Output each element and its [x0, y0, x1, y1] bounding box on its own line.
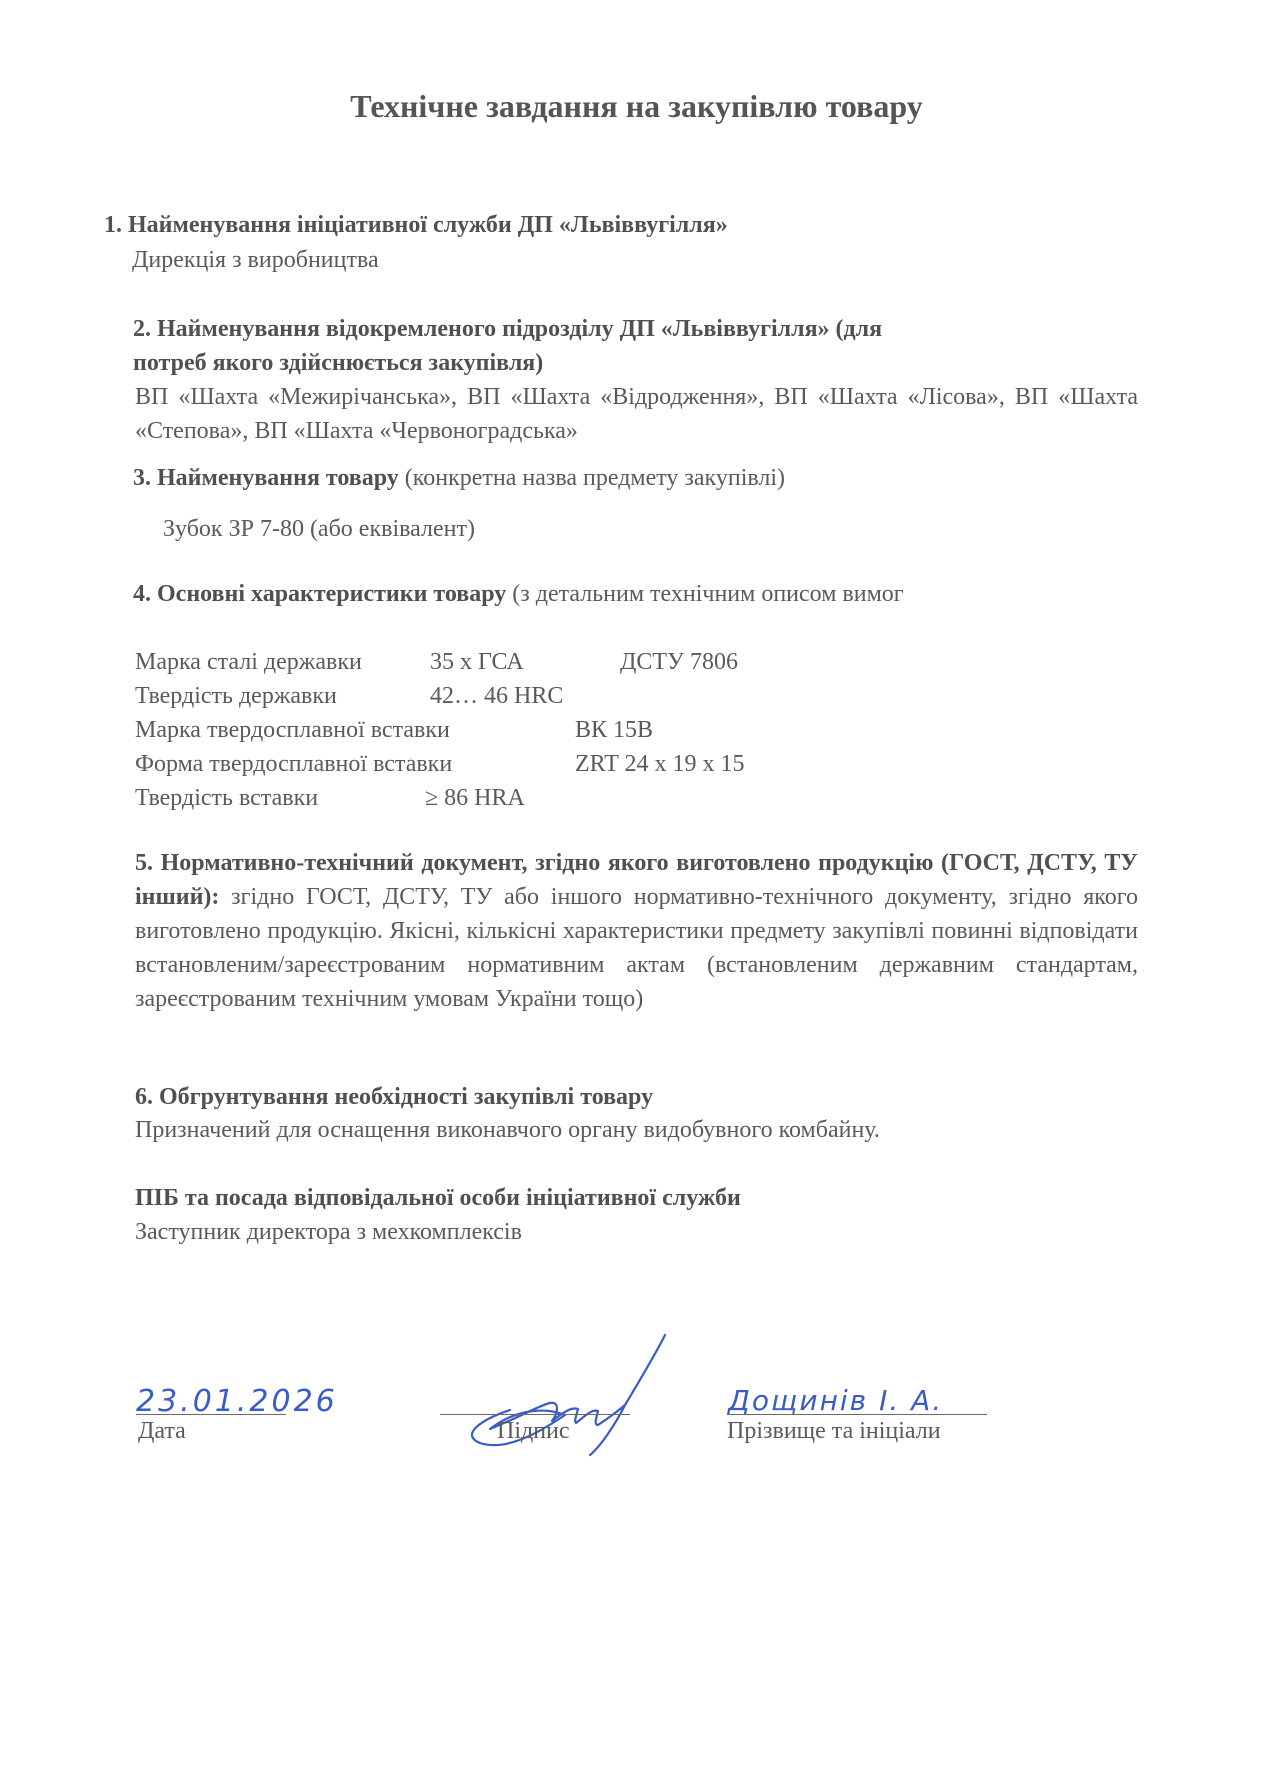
section-3-heading: 3. Найменування товару	[133, 465, 399, 491]
section-4-heading-row: 4. Основні характеристики товару (з дета…	[133, 581, 904, 608]
spec-value: 35 х ГСА	[430, 645, 524, 679]
signature-line	[440, 1414, 630, 1415]
spec-label: Марка твердосплавної вставки	[135, 713, 450, 747]
spec-label: Марка сталі державки	[135, 645, 362, 679]
responsible-position: Заступник директора з мехкомплексів	[135, 1219, 522, 1246]
section-1-body: Дирекція з виробництва	[132, 247, 379, 274]
handwritten-name: Дощинів І. А.	[728, 1384, 943, 1417]
spec-value: ≥ 86 HRA	[425, 781, 525, 815]
section-4-heading-note: (з детальним технічним описом вимог	[506, 581, 903, 607]
section-3-heading-row: 3. Найменування товару (конкретна назва …	[133, 465, 785, 492]
signature-icon	[440, 1325, 710, 1465]
section-2-heading-line2: потреб якого здійснюється закупівля)	[133, 350, 543, 377]
name-label: Прізвище та ініціали	[727, 1418, 941, 1445]
section-3-body: Зубок ЗР 7-80 (або еквівалент)	[163, 516, 475, 543]
section-1-heading: 1. Найменування ініціативної служби ДП «…	[104, 212, 728, 239]
section-2-body: ВП «Шахта «Межирічанська», ВП «Шахта «Ві…	[135, 380, 1138, 448]
document-page: Технічне завдання на закупівлю товару 1.…	[0, 0, 1273, 1771]
section-3-heading-note: (конкретна назва предмету закупівлі)	[399, 465, 785, 491]
section-5-body: згідно ГОСТ, ДСТУ, ТУ або іншого нормати…	[135, 884, 1138, 1012]
spec-value: ZRT 24 x 19 x 15	[575, 747, 744, 781]
spec-label: Твердість державки	[135, 679, 337, 713]
section-4-heading: 4. Основні характеристики товару	[133, 581, 506, 607]
spec-label: Форма твердосплавної вставки	[135, 747, 452, 781]
section-2-heading-line1: 2. Найменування відокремленого підрозділ…	[133, 316, 882, 343]
date-label: Дата	[138, 1418, 186, 1445]
spec-value: ВК 15В	[575, 713, 653, 747]
section-6-body: Призначений для оснащення виконавчого ор…	[135, 1117, 880, 1144]
spec-value: 42… 46 HRC	[430, 679, 563, 713]
responsible-heading: ПІБ та посада відповідальної особи ініці…	[135, 1185, 741, 1212]
document-title: Технічне завдання на закупівлю товару	[0, 88, 1273, 125]
spec-label: Твердість вставки	[135, 781, 318, 815]
name-line	[727, 1414, 987, 1415]
spec-standard: ДСТУ 7806	[620, 645, 738, 679]
date-line	[136, 1414, 286, 1415]
section-5: 5. Нормативно-технічний документ, згідно…	[135, 846, 1138, 1016]
signature-label: Підпис	[497, 1418, 570, 1445]
section-6-heading: 6. Обгрунтування необхідності закупівлі …	[135, 1084, 653, 1111]
